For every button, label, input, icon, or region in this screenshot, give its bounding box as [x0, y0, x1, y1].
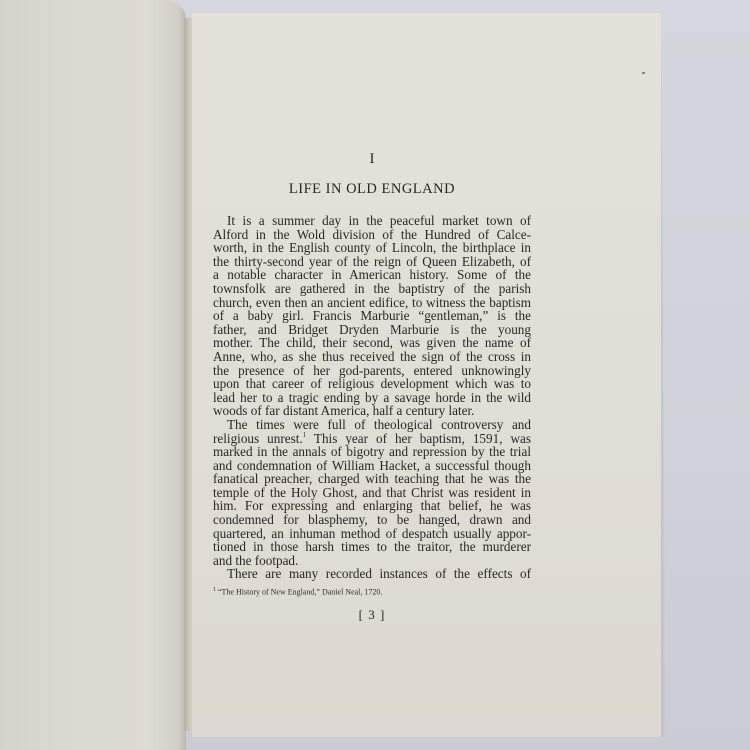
left-page-blank	[0, 0, 186, 750]
text-line: of a baby girl. Francis Marburie “gentle…	[213, 309, 531, 323]
text-line: temple of the Holy Ghost, and that Chris…	[213, 486, 531, 500]
footnote: 1 “The History of New England,” Daniel N…	[213, 585, 531, 598]
footnote-text: “The History of New England,” Daniel Nea…	[218, 588, 382, 597]
text-line: There are many recorded instances of the…	[213, 567, 531, 581]
page-number: [ 3 ]	[213, 607, 531, 623]
text-line: father, and Bridget Dryden Marburie is t…	[213, 323, 531, 337]
text-line: mother. The child, their second, was giv…	[213, 336, 531, 350]
text-line: the presence of her god-parents, entered…	[213, 364, 531, 378]
text-line: Alford in the Wold division of the Hundr…	[213, 228, 531, 242]
text-line: church, even then an ancient edifice, to…	[213, 296, 531, 310]
text-line: marked in the annals of bigotry and repr…	[213, 445, 531, 459]
chapter-number: I	[213, 151, 531, 167]
text-line: woods of far distant America, half a cen…	[213, 404, 531, 418]
book-gutter	[184, 18, 193, 731]
text-line: worth, in the English county of Lincoln,…	[213, 241, 531, 255]
text-line: quartered, an inhuman method of despatch…	[213, 527, 531, 541]
page-content: I LIFE IN OLD ENGLAND It is a summer day…	[213, 151, 531, 623]
text-line: townsfolk are gathered in the baptistry …	[213, 282, 531, 296]
text-line: upon that career of religious developmen…	[213, 377, 531, 391]
text-line: condemned for blasphemy, to be hanged, d…	[213, 513, 531, 527]
paragraph-3: There are many recorded instances of the…	[213, 567, 531, 581]
text-line: him. For expressing and enlarging that b…	[213, 499, 531, 513]
text-line: and condemnation of William Hacket, a su…	[213, 459, 531, 473]
text-line: fanatical preacher, charged with teachin…	[213, 472, 531, 486]
paragraph-2: The times were full of theological contr…	[213, 418, 531, 568]
chapter-title: LIFE IN OLD ENGLAND	[213, 181, 531, 197]
dust-speck	[642, 72, 645, 74]
text-line: tioned in those harsh times to the trait…	[213, 540, 531, 554]
text-line: Anne, who, as she thus received the sign…	[213, 350, 531, 364]
text-line: the thirty-second year of the reign of Q…	[213, 255, 531, 269]
text-line: The times were full of theological contr…	[213, 418, 531, 432]
text-line: It is a summer day in the peaceful marke…	[213, 214, 531, 228]
text-line: lead her to a tragic ending by a savage …	[213, 391, 531, 405]
text-line-with-footnote-ref: religious unrest.1 This year of her bapt…	[213, 432, 531, 446]
text-line: a notable character in American history.…	[213, 268, 531, 282]
text-line: and the footpad.	[213, 554, 531, 568]
paragraph-1: It is a summer day in the peaceful marke…	[213, 214, 531, 418]
right-page: I LIFE IN OLD ENGLAND It is a summer day…	[192, 13, 661, 737]
footnote-marker: 1	[213, 587, 216, 593]
